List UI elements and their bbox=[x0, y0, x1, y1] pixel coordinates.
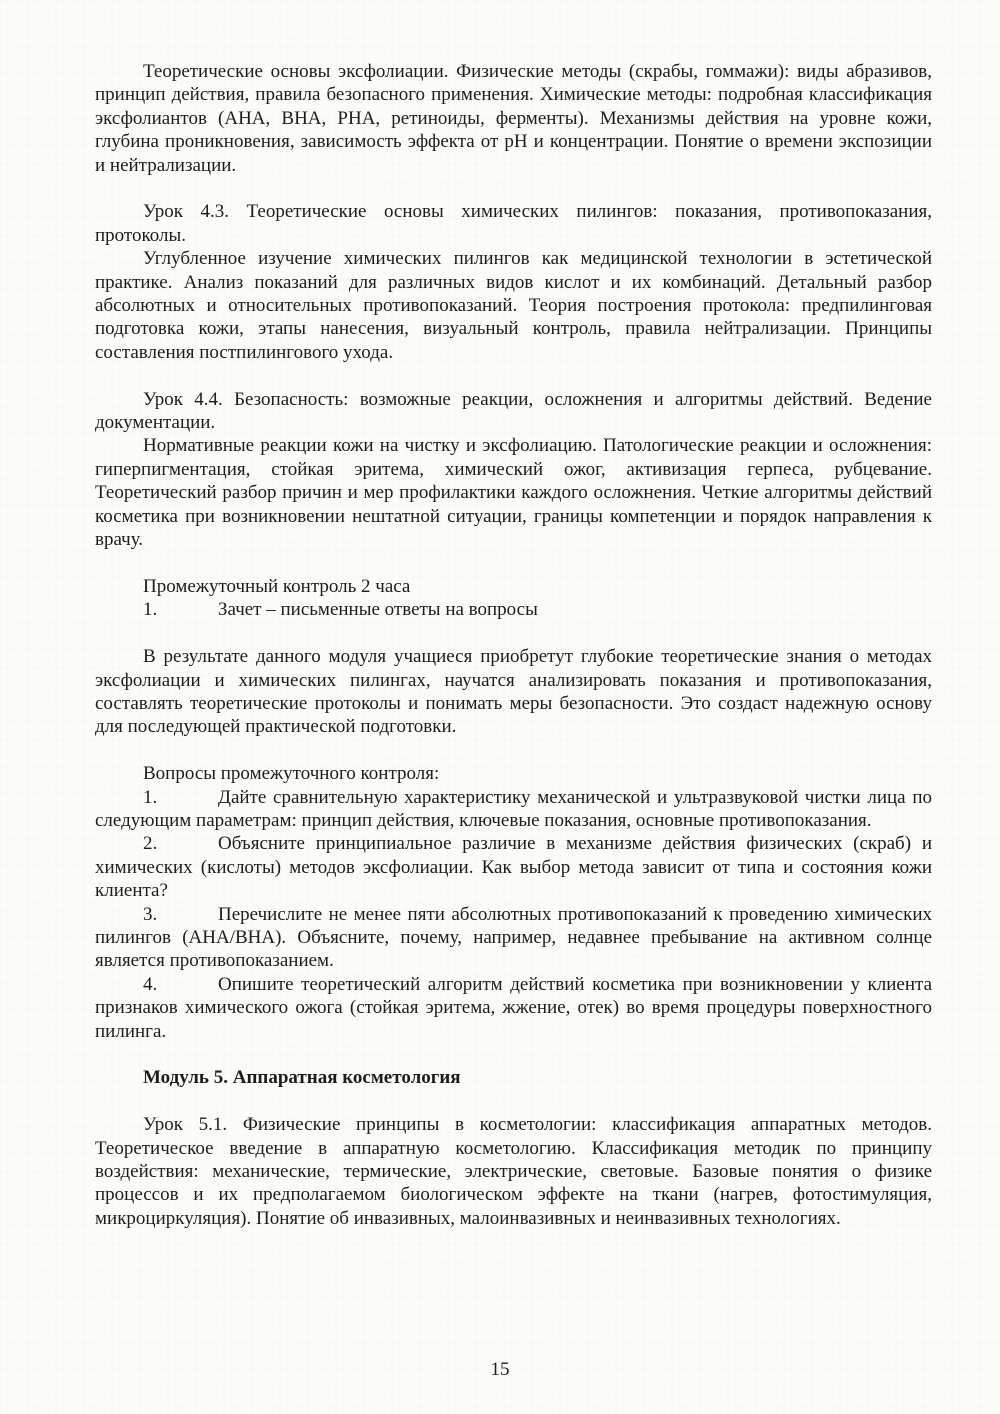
paragraph-lesson-4-4-title: Урок 4.4. Безопасность: возможные реакци… bbox=[95, 388, 932, 435]
list-item-number: 1. bbox=[143, 786, 218, 809]
list-item-text: Зачет – письменные ответы на вопросы bbox=[218, 599, 538, 620]
list-item-number: 1. bbox=[143, 598, 218, 621]
list-item-text: Объясните принципиальное различие в меха… bbox=[95, 833, 932, 901]
page-number: 15 bbox=[0, 1358, 1000, 1381]
list-item-question-1: 1.Дайте сравнительную характеристику мех… bbox=[95, 786, 932, 833]
list-item-text: Перечислите не менее пяти абсолютных про… bbox=[95, 904, 932, 972]
paragraph-control-questions-title: Вопросы промежуточного контроля: bbox=[95, 762, 932, 785]
paragraph-lesson-4-3-title: Урок 4.3. Теоретические основы химически… bbox=[95, 200, 932, 247]
document-page: Теоретические основы эксфолиации. Физиче… bbox=[0, 0, 1000, 1414]
list-item-text: Опишите теоретический алгоритм действий … bbox=[95, 974, 932, 1042]
paragraph-exfoliation-basics: Теоретические основы эксфолиации. Физиче… bbox=[95, 60, 932, 177]
list-item-text: Дайте сравнительную характеристику механ… bbox=[95, 787, 932, 831]
list-item-credit: 1.Зачет – письменные ответы на вопросы bbox=[95, 598, 932, 621]
list-item-question-4: 4.Опишите теоретический алгоритм действи… bbox=[95, 973, 932, 1043]
paragraph-module-outcome: В результате данного модуля учащиеся при… bbox=[95, 645, 932, 739]
paragraph-lesson-4-4-body: Нормативные реакции кожи на чистку и экс… bbox=[95, 434, 932, 551]
paragraph-lesson-4-3-body: Углубленное изучение химических пилингов… bbox=[95, 247, 932, 364]
list-item-question-2: 2.Объясните принципиальное различие в ме… bbox=[95, 832, 932, 902]
list-item-number: 4. bbox=[143, 973, 218, 996]
module-5-heading: Модуль 5. Аппаратная косметология bbox=[95, 1066, 932, 1089]
document-content: Теоретические основы эксфолиации. Физиче… bbox=[95, 60, 932, 1230]
paragraph-lesson-5-1: Урок 5.1. Физические принципы в косметол… bbox=[95, 1113, 932, 1230]
list-item-question-3: 3.Перечислите не менее пяти абсолютных п… bbox=[95, 903, 932, 973]
list-item-number: 3. bbox=[143, 903, 218, 926]
list-item-number: 2. bbox=[143, 832, 218, 855]
paragraph-interim-control: Промежуточный контроль 2 часа bbox=[95, 575, 932, 598]
